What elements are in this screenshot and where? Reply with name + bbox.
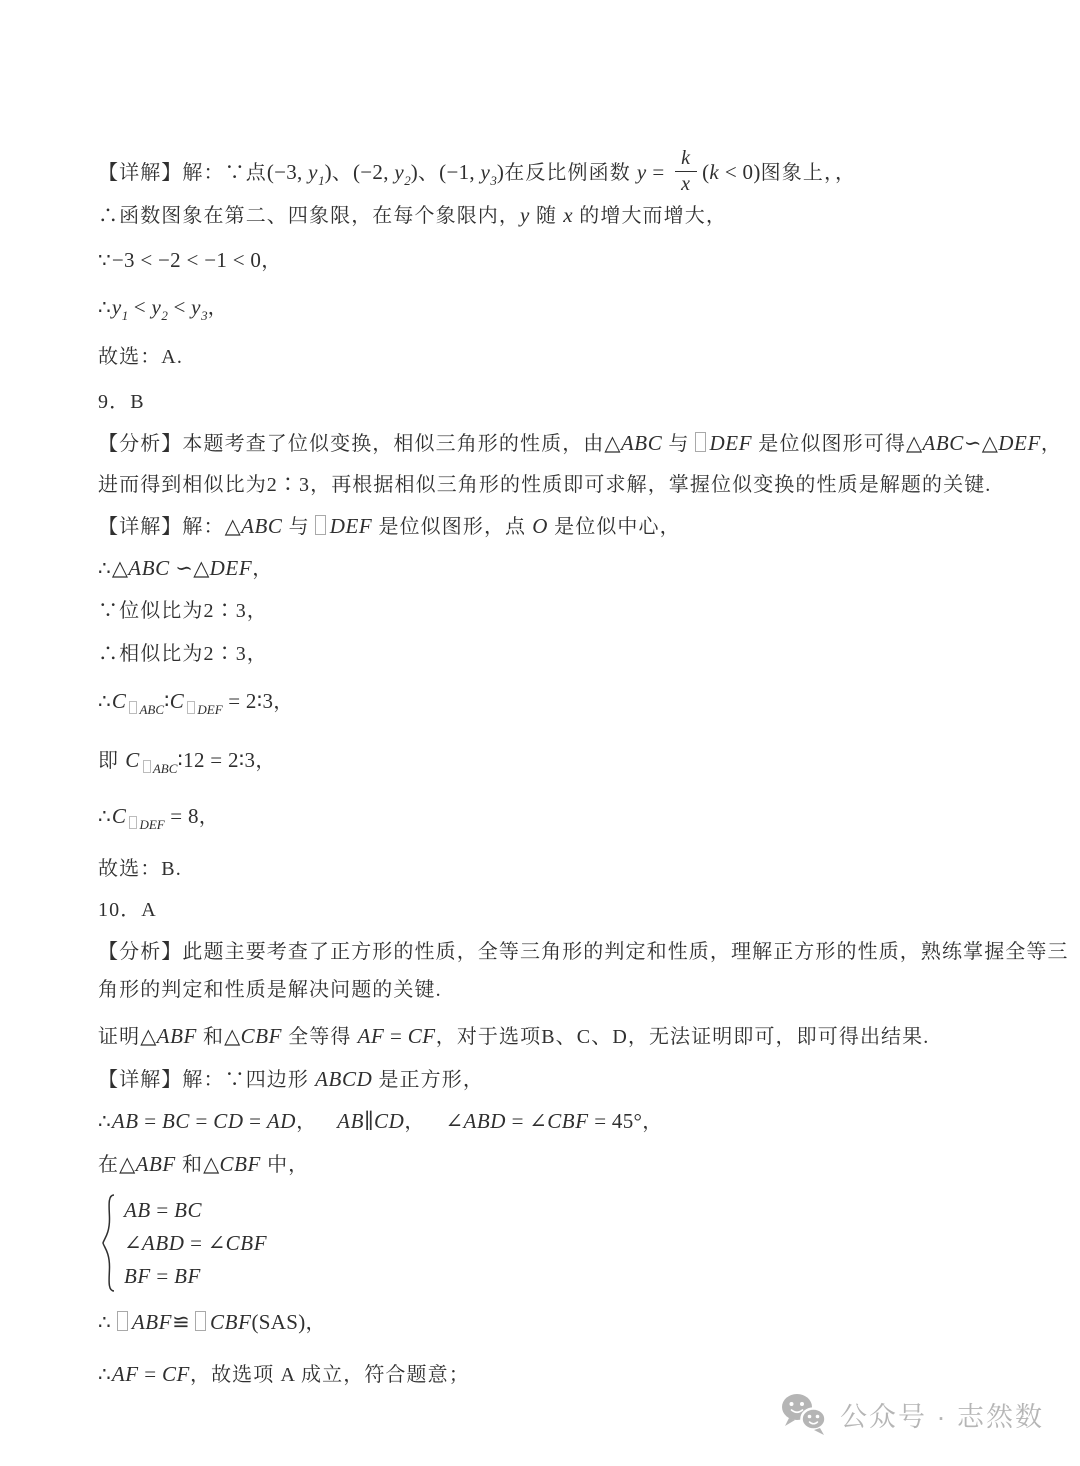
text-run: y xyxy=(308,160,318,184)
text-run: < xyxy=(128,295,151,319)
text-run: ∴函数图象在第二、四象限，在每个象限内， xyxy=(98,205,520,227)
text-run: △ xyxy=(906,431,922,455)
text-run: ABC xyxy=(922,431,963,455)
text-run: 与 xyxy=(283,516,310,538)
fraction: kx xyxy=(675,147,697,196)
text-run: k xyxy=(709,160,719,184)
text-run: = xyxy=(384,1024,407,1048)
text-run: 故选：A. xyxy=(98,346,183,368)
q9-step-similar: ∴△ABC ∽△DEF， xyxy=(98,553,273,584)
q9-analysis-line-2: 进而得到相似比为2∶3，再根据相似三角形的性质即可求解，掌握位似变换的性质是解题… xyxy=(98,470,991,500)
q8-detail-line: 【详解】解：∵点(−3, y1)、(−2, y2)、(−1, y3)在反比例函数… xyxy=(98,150,856,199)
text-run: = ∠ xyxy=(506,1109,547,1133)
text-run: DEF xyxy=(710,431,753,455)
missing-glyph-box xyxy=(117,1311,128,1331)
text-run: = 8 xyxy=(165,804,199,828)
text-run: 和 xyxy=(176,1154,203,1176)
text-run: (SAS) xyxy=(252,1310,306,1334)
text-run: y xyxy=(152,295,162,319)
text-run: ABC xyxy=(621,431,662,455)
text-run: ， xyxy=(1041,433,1062,455)
text-run: ，对于选项B、C、D，无法证明即可，即可得出结果. xyxy=(436,1026,930,1048)
q9-step-ratio-similar: ∴相似比为2∶3， xyxy=(98,639,268,669)
text-run: ， xyxy=(306,1312,327,1334)
text-run: 和 xyxy=(197,1026,224,1048)
text-run: CF xyxy=(162,1362,190,1386)
q10-analysis-line-1: 【分析】此题主要考查了正方形的性质，全等三角形的判定和性质，理解正方形的性质，熟… xyxy=(98,937,1069,967)
text-run: CBF xyxy=(241,1024,282,1048)
text-run: △ xyxy=(119,1152,135,1176)
text-run: △ xyxy=(604,431,620,455)
text-run: 是正方形， xyxy=(372,1069,484,1091)
text-run: ∴ xyxy=(98,691,112,713)
missing-glyph-box xyxy=(195,1311,206,1331)
q10-analysis-line-3: 证明△ABF 和△CBF 全等得 AF = CF，对于选项B、C、D，无法证明即… xyxy=(98,1021,929,1052)
text-run: DEF xyxy=(197,702,222,717)
text-run: ，故选项 A 成立，符合题意； xyxy=(190,1364,470,1386)
text-run: O xyxy=(532,514,548,538)
text-run: ， xyxy=(255,750,276,772)
text-run: 在 xyxy=(98,1154,119,1176)
text-run: DEF xyxy=(330,514,373,538)
text-run: △ xyxy=(193,556,209,580)
text-run: △ xyxy=(203,1152,219,1176)
text-run: ， xyxy=(252,558,273,580)
text-run: ， xyxy=(261,250,282,272)
missing-glyph-box xyxy=(129,816,137,829)
missing-glyph-box xyxy=(187,701,195,714)
missing-glyph-box xyxy=(695,432,706,452)
text-run: ∴ xyxy=(98,1312,112,1334)
text-run: CBF xyxy=(547,1109,588,1133)
document-page: 【详解】解：∵点(−3, y1)、(−2, y2)、(−1, y3)在反比例函数… xyxy=(0,0,1080,1466)
text-run: 是位似图形可得 xyxy=(752,433,906,455)
text-run: ∶12 = 2∶3 xyxy=(177,748,255,772)
text-run: ∽ xyxy=(964,431,982,455)
q9-answer: 故选：B. xyxy=(98,854,182,884)
text-run: = ∠ xyxy=(185,1231,226,1255)
q9-step-perimeter-eq: 即 CABC∶12 = 2∶3， xyxy=(98,745,276,784)
q10-detail-line: 【详解】解：∵四边形 ABCD 是正方形， xyxy=(98,1064,484,1095)
q10-step-conclusion: ∴AF = CF，故选项 A 成立，符合题意； xyxy=(98,1359,470,1390)
text-run: ∴ xyxy=(98,297,112,319)
text-run: ∴相似比为2∶3， xyxy=(98,643,268,665)
q9-step-perimeter-result: ∴CDEF = 8， xyxy=(98,801,220,840)
text-run: = xyxy=(139,1109,162,1133)
q8-step-inequality: ∵−3 < −2 < −1 < 0， xyxy=(98,245,282,276)
text-run: ABC xyxy=(153,761,178,776)
text-run: ∴ xyxy=(98,806,112,828)
text-run: ) xyxy=(411,160,418,184)
text-run: = 45° xyxy=(589,1109,643,1133)
text-run: x xyxy=(563,203,573,227)
text-run: (−3, xyxy=(267,160,308,184)
text-run: ∴ xyxy=(98,1111,112,1133)
watermark-label: 公众号 · 志然数 xyxy=(840,1395,1044,1434)
q10-number: 10．A xyxy=(98,895,157,925)
text-run: ∴ xyxy=(98,558,112,580)
q9-analysis-line-1: 【分析】本题考查了位似变换，相似三角形的性质，由△ABC 与DEF 是位似图形可… xyxy=(98,428,1062,459)
text-run: C xyxy=(170,689,185,713)
text-run: = xyxy=(151,1198,174,1222)
text-run: ABC xyxy=(128,556,169,580)
text-run: 证明 xyxy=(98,1026,140,1048)
text-run: ≌ xyxy=(172,1310,190,1334)
missing-glyph-box xyxy=(315,515,326,535)
q9-step-perimeter-ratio: ∴CABC∶CDEF = 2∶3， xyxy=(98,686,294,725)
text-run: = xyxy=(190,1109,213,1133)
text-run: △ xyxy=(225,514,241,538)
system-eq-1: AB = BC xyxy=(124,1194,267,1227)
text-run: CD xyxy=(374,1109,404,1133)
text-run: CF xyxy=(408,1024,436,1048)
text-run: (−1, xyxy=(439,160,480,184)
text-run: ∵位似比为2∶3， xyxy=(98,600,268,622)
q10-step-square-props: ∴AB = BC = CD = AD，AB∥CD，∠ABD = ∠CBF = 4… xyxy=(98,1106,663,1137)
text-run: AB xyxy=(337,1109,364,1133)
text-run: 【分析】本题考查了位似变换，相似三角形的性质，由 xyxy=(98,433,604,455)
wechat-icon xyxy=(780,1392,828,1436)
text-run: ， xyxy=(273,691,294,713)
text-run: BF xyxy=(124,1264,151,1288)
text-run: 【详解】解： xyxy=(98,162,225,184)
missing-glyph-box xyxy=(143,760,151,773)
text-run: ABC xyxy=(241,514,282,538)
text-run: ABF xyxy=(157,1024,197,1048)
text-run: C xyxy=(112,804,127,828)
text-run: ABCD xyxy=(315,1067,372,1091)
text-run: ABF xyxy=(136,1152,176,1176)
text-run: C xyxy=(125,748,140,772)
text-run: AB xyxy=(124,1198,151,1222)
text-run: AB xyxy=(112,1109,139,1133)
text-run: 进而得到相似比为2∶3，再根据相似三角形的性质即可求解，掌握位似变换的性质是解题… xyxy=(98,474,991,496)
text-run: 全等得 xyxy=(282,1026,358,1048)
text-run: = 2∶3 xyxy=(223,689,274,713)
text-run: ∽ xyxy=(170,556,193,580)
text-run: DEF xyxy=(139,817,164,832)
text-run: < xyxy=(168,295,191,319)
text-run: BC xyxy=(162,1109,190,1133)
text-run: 【详解】解：∵四边形 xyxy=(98,1069,315,1091)
text-run: ABD xyxy=(142,1231,185,1255)
text-run: ∠ xyxy=(124,1231,142,1255)
text-run: ， xyxy=(199,806,220,828)
text-run: 、 xyxy=(418,162,439,184)
equation-system: AB = BC ∠ABD = ∠CBF BF = BF xyxy=(100,1192,267,1294)
q8-step-quadrants: ∴函数图象在第二、四象限，在每个象限内，y 随 x 的增大而增大， xyxy=(98,200,727,231)
system-eq-3: BF = BF xyxy=(124,1260,267,1293)
text-run: y xyxy=(520,203,530,227)
text-run: 角形的判定和性质是解决问题的关键. xyxy=(98,979,442,1001)
text-run: △ xyxy=(982,431,998,455)
text-run: y xyxy=(112,295,122,319)
text-run: = xyxy=(244,1109,267,1133)
text-run: ∥ xyxy=(364,1109,374,1133)
q9-detail-line: 【详解】解：△ABC 与DEF 是位似图形，点 O 是位似中心， xyxy=(98,511,681,542)
text-run: = xyxy=(647,160,670,184)
text-run: 故选：B. xyxy=(98,858,182,880)
text-run: BC xyxy=(174,1198,202,1222)
text-run: 10．A xyxy=(98,899,157,921)
text-run: 9．B xyxy=(98,391,145,413)
text-run: 是位似中心， xyxy=(548,516,681,538)
curly-brace-icon xyxy=(100,1192,116,1294)
text-run: ， xyxy=(404,1111,425,1133)
text-run: 图象上，， xyxy=(761,162,857,184)
text-run: = xyxy=(139,1362,162,1386)
text-run: y xyxy=(637,160,647,184)
text-run: 与 xyxy=(662,433,689,455)
text-run: < 0) xyxy=(719,160,760,184)
text-run: y xyxy=(191,295,201,319)
text-run: CD xyxy=(213,1109,243,1133)
q8-answer: 故选：A. xyxy=(98,342,183,372)
text-run: AF xyxy=(358,1024,385,1048)
text-run: 【分析】此题主要考查了正方形的性质，全等三角形的判定和性质，理解正方形的性质，熟… xyxy=(98,941,1069,963)
q10-analysis-line-2: 角形的判定和性质是解决问题的关键. xyxy=(98,975,442,1005)
text-run: 在反比例函数 xyxy=(504,162,637,184)
text-run: DEF xyxy=(210,556,253,580)
text-run: ， xyxy=(208,297,229,319)
text-run: CBF xyxy=(226,1231,267,1255)
q9-number: 9．B xyxy=(98,387,145,417)
watermark-footer: 公众号 · 志然数 xyxy=(780,1392,1044,1436)
text-run: AF xyxy=(112,1362,139,1386)
text-run: (−2, xyxy=(353,160,394,184)
text-run: 【详解】解： xyxy=(98,516,225,538)
text-run: y xyxy=(481,160,491,184)
text-run: CBF xyxy=(220,1152,261,1176)
missing-glyph-box xyxy=(129,701,137,714)
q8-step-y-order: ∴y1 < y2 < y3， xyxy=(98,292,229,331)
text-run: C xyxy=(112,689,127,713)
text-run: 的增大而增大， xyxy=(573,205,727,227)
text-run: △ xyxy=(112,556,128,580)
text-run: ∵ xyxy=(98,250,112,272)
text-run: △ xyxy=(224,1024,240,1048)
text-run: = xyxy=(151,1264,174,1288)
text-run: ) xyxy=(325,160,332,184)
text-run: ABC xyxy=(139,702,164,717)
text-run: BF xyxy=(174,1264,201,1288)
q9-step-ratio-given: ∵位似比为2∶3， xyxy=(98,596,268,626)
text-run: y xyxy=(394,160,404,184)
text-run: 、 xyxy=(332,162,353,184)
text-run: −3 < −2 < −1 < 0 xyxy=(112,248,261,272)
text-run: DEF xyxy=(998,431,1041,455)
q10-step-congruent: ∴ABF≌CBF(SAS)， xyxy=(98,1307,327,1338)
text-run: 中， xyxy=(261,1154,309,1176)
text-run: AD xyxy=(267,1109,296,1133)
q10-step-in-triangles: 在△ABF 和△CBF 中， xyxy=(98,1149,309,1180)
text-run: 是位似图形，点 xyxy=(372,516,532,538)
text-run: ∴ xyxy=(98,1364,112,1386)
text-run: ， xyxy=(642,1111,663,1133)
text-run: CBF xyxy=(210,1310,251,1334)
text-run: ， xyxy=(296,1111,317,1133)
text-run: ∵点 xyxy=(225,162,267,184)
text-run: 随 xyxy=(530,205,563,227)
system-eq-2: ∠ABD = ∠CBF xyxy=(124,1227,267,1260)
text-run: ∠ xyxy=(446,1109,464,1133)
text-run: ABD xyxy=(463,1109,506,1133)
text-run: 即 xyxy=(98,750,125,772)
text-run: △ xyxy=(140,1024,156,1048)
text-run: ABF xyxy=(132,1310,172,1334)
